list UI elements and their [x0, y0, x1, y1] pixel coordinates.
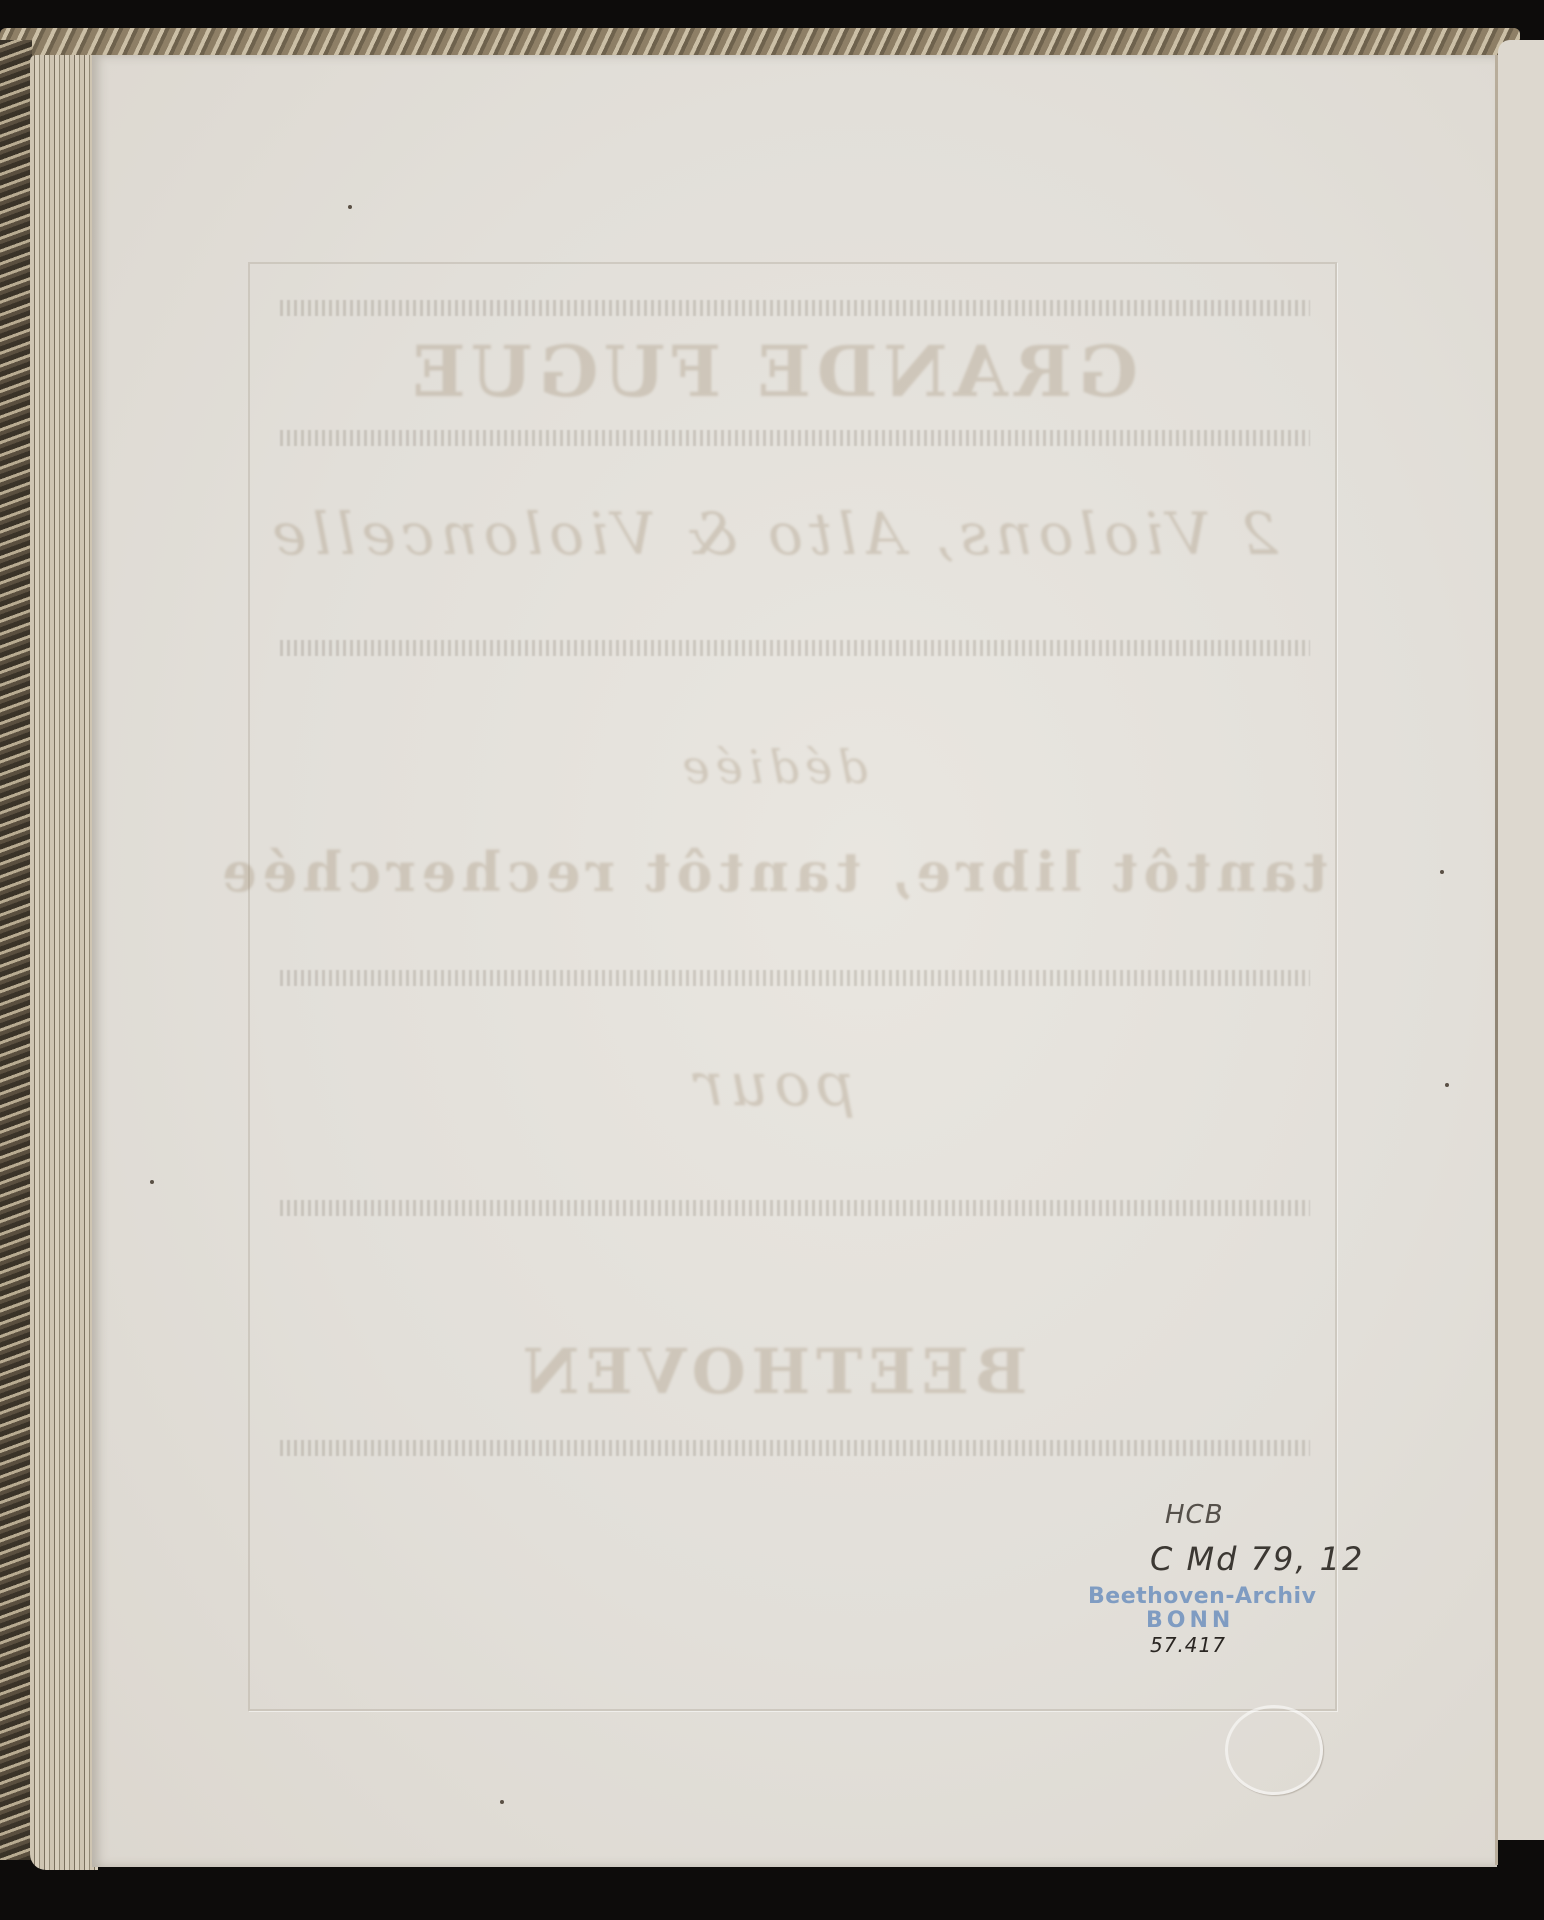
accession-number: 57.417 [1150, 1633, 1226, 1657]
show-through-line: 2 Violons, Alto & Violoncelle [0, 500, 1544, 568]
headband-binding [0, 28, 1520, 58]
show-through-lines [280, 430, 1310, 446]
pencil-note: HCB [1165, 1500, 1224, 1530]
paper-speck [500, 1800, 504, 1804]
show-through-title: GRANDE FUGUE [0, 330, 1544, 413]
library-stamp-city: BONN [1146, 1608, 1234, 1633]
show-through-lines [280, 970, 1310, 986]
adjacent-leaf [1498, 40, 1544, 1840]
show-through-lines [280, 1440, 1310, 1456]
spine-cloth [0, 40, 32, 1860]
paper-speck [150, 1180, 154, 1184]
paper-speck [348, 205, 352, 209]
show-through-lines [280, 640, 1310, 656]
show-through-lines [280, 1200, 1310, 1216]
gutter-fold [1495, 55, 1498, 1865]
paper-speck [1445, 1083, 1449, 1087]
book-scan: GRANDE FUGUE 2 Violons, Alto & Violoncel… [0, 0, 1544, 1920]
page-edges [30, 55, 98, 1870]
show-through-line: pour [0, 1050, 1544, 1120]
show-through-line: dédiée [0, 740, 1544, 794]
plate-mark [248, 262, 1337, 1711]
show-through-line: tantôt libre, tantôt recherchée [0, 840, 1544, 904]
paper-speck [1440, 870, 1444, 874]
blind-emboss-stamp [1225, 1705, 1323, 1795]
shelfmark: C Md 79, 12 [1150, 1540, 1364, 1578]
show-through-composer: BEETHOVEN [0, 1335, 1544, 1408]
show-through-lines [280, 300, 1310, 316]
library-stamp-name: Beethoven-Archiv [1088, 1584, 1316, 1609]
